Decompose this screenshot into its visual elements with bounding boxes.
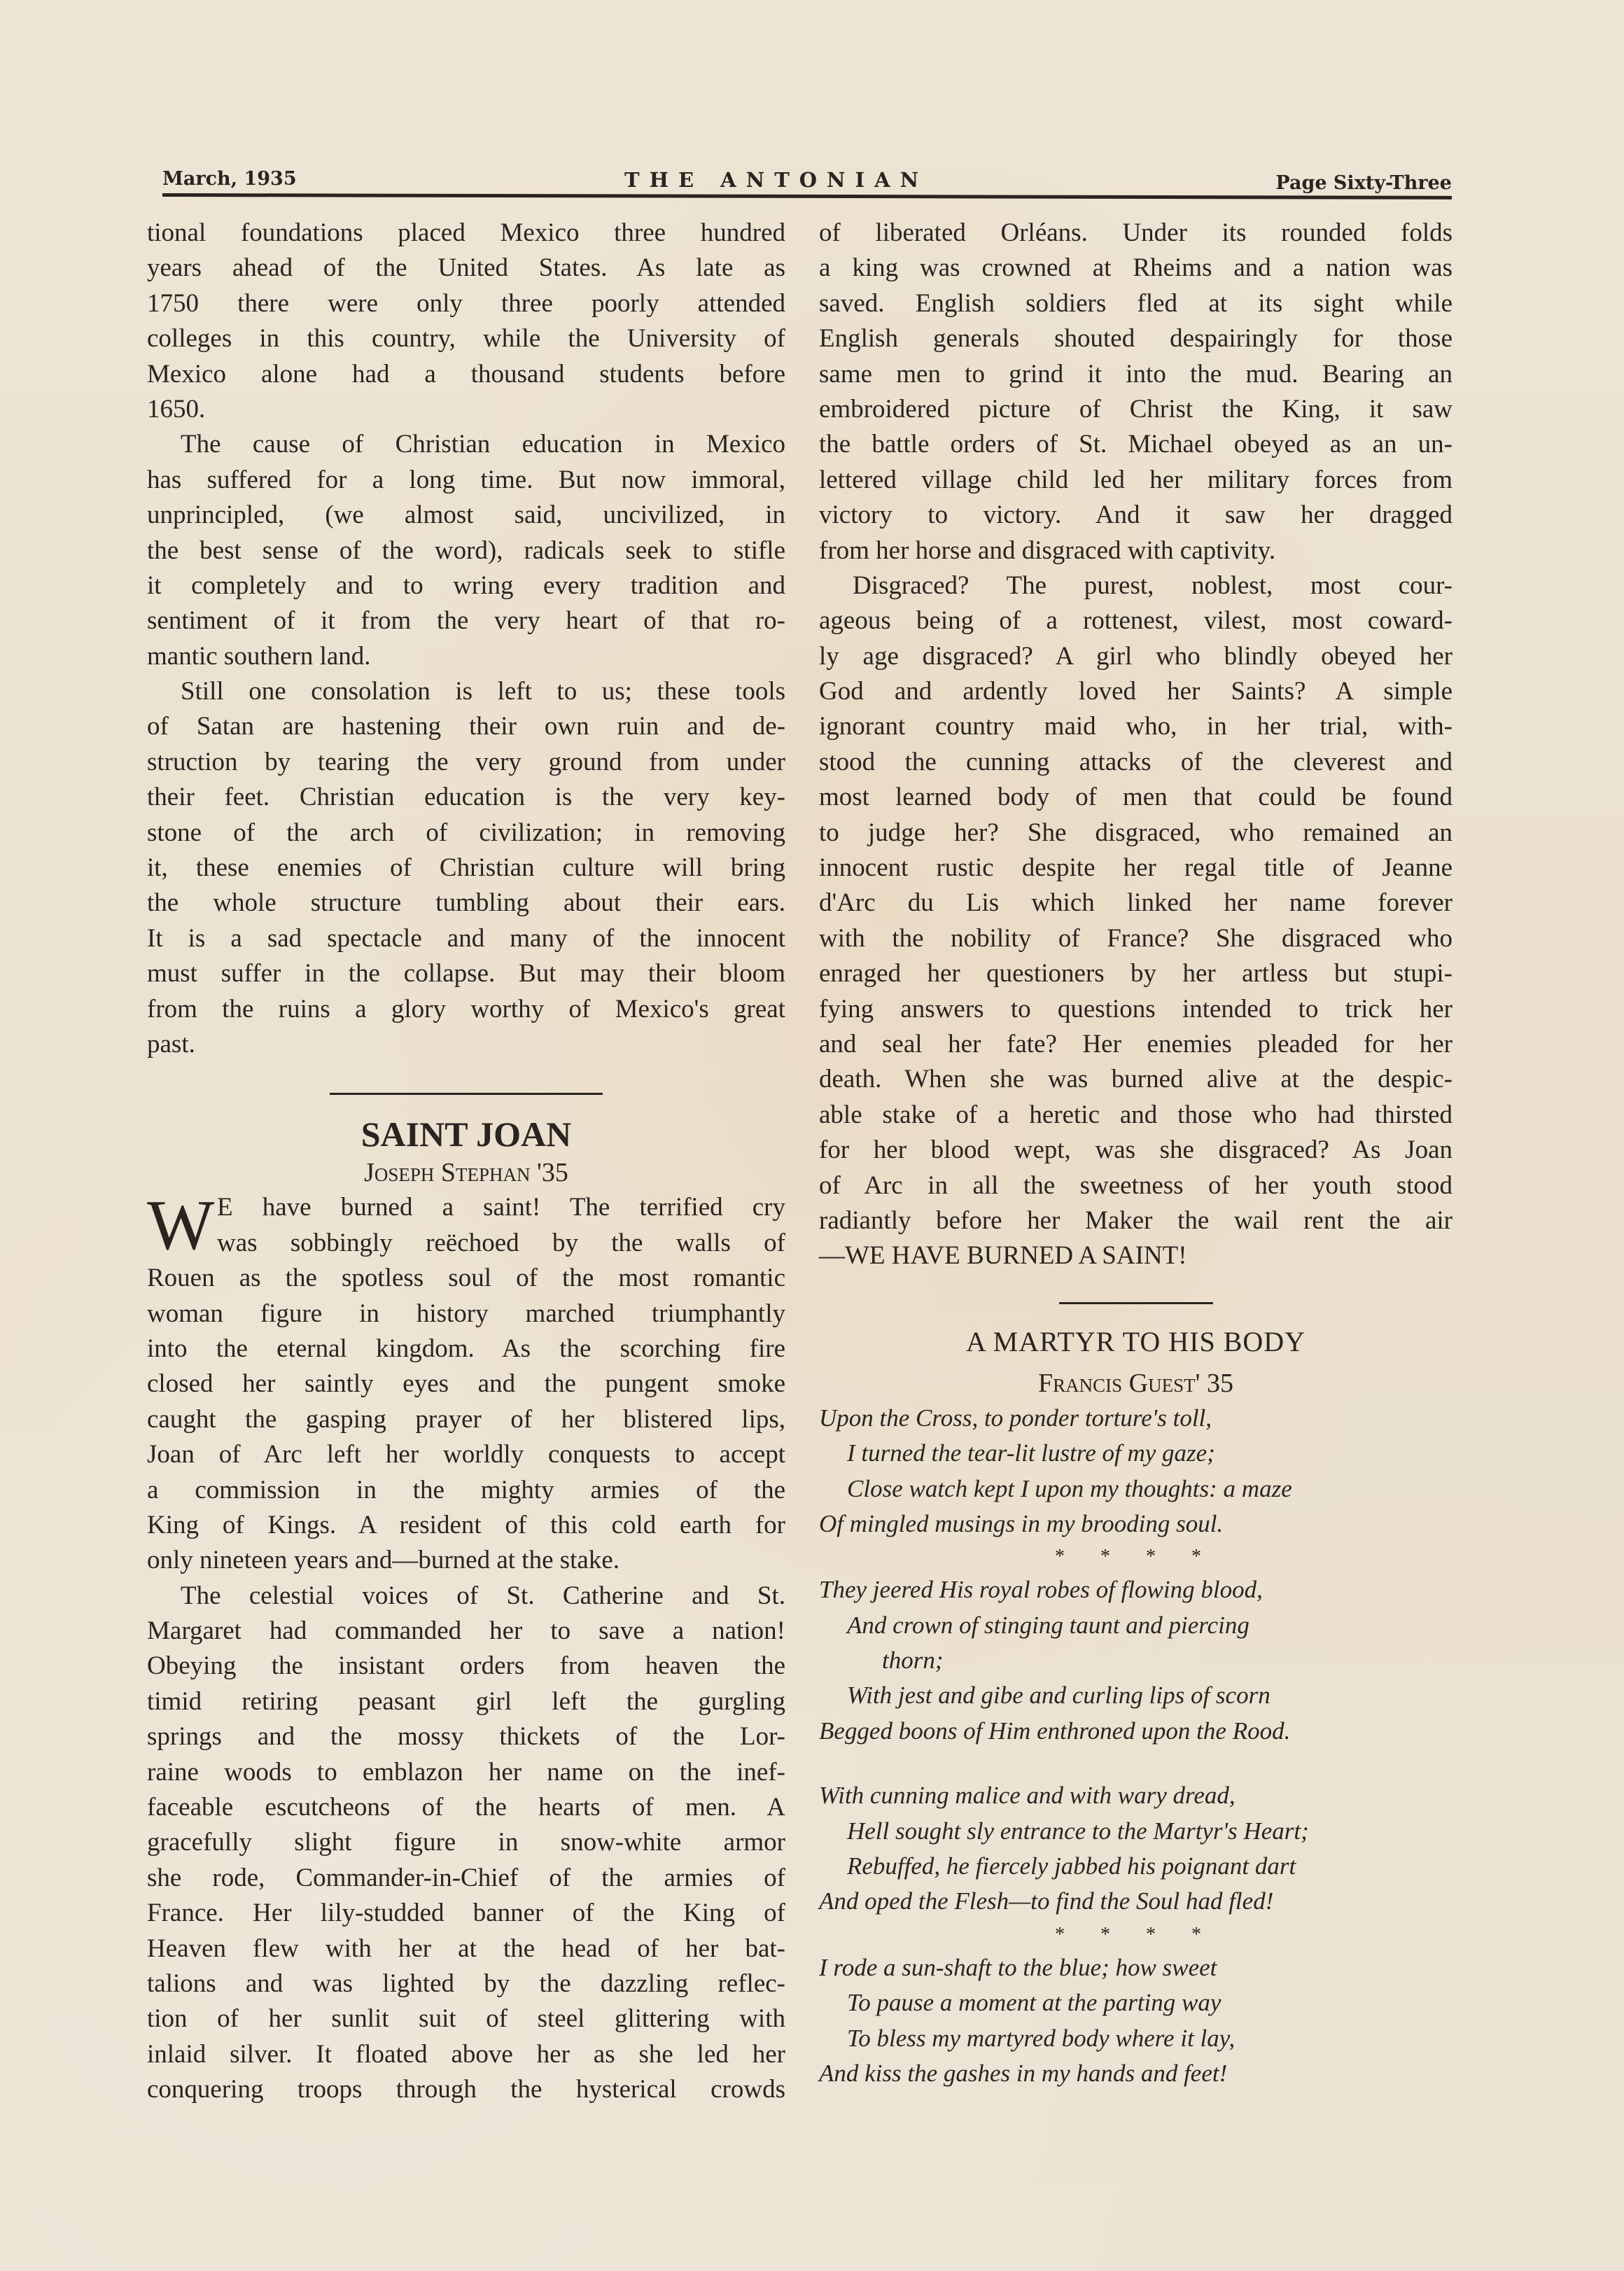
drop-cap-block: W E have burned a saint! The terrified c… [147, 1190, 785, 1261]
text-line: same men to grind it into the mud. Beari… [819, 357, 1452, 392]
text-line: woman figure in history marched triumpha… [147, 1297, 785, 1332]
verse-line: They jeered His royal robes of flowing b… [819, 1572, 1452, 1607]
text-line: enraged her questioners by her artless b… [819, 956, 1452, 991]
right-column: of liberated Orléans. Under its rounded … [819, 216, 1452, 2091]
stanza-3: With cunning malice and with wary dread,… [819, 1778, 1452, 1920]
text-line: gracefully slight figure in snow-white a… [147, 1825, 785, 1860]
text-line: for her blood wept, was she disgraced? A… [819, 1133, 1452, 1168]
text-line: stone of the arch of civilization; in re… [147, 816, 785, 851]
verse-line: I rode a sun-shaft to the blue; how swee… [819, 1950, 1452, 1985]
text-line: saved. English soldiers fled at its sigh… [819, 286, 1452, 321]
text-line: ignorant country maid who, in her trial,… [819, 709, 1452, 744]
paragraph-3: Disgraced? The purest, noblest, most cou… [819, 568, 1452, 1274]
poem-title: A MARTYR TO HIS BODY [819, 1321, 1452, 1363]
paragraph-2: The cause of Christian education in Mexi… [147, 427, 785, 674]
text-line: of liberated Orléans. Under its rounded … [819, 216, 1452, 251]
text-line: sentiment of it from the very heart of t… [147, 603, 785, 638]
verse-line: With cunning malice and with wary dread, [819, 1778, 1452, 1813]
article-title: SAINT JOAN [147, 1113, 785, 1155]
text-line: the battle orders of St. Michael obeyed … [819, 427, 1452, 462]
text-line: struction by tearing the very ground fro… [147, 745, 785, 780]
text-line: It is a sad spectacle and many of the in… [147, 921, 785, 956]
text-line: mantic southern land. [147, 639, 785, 674]
text-line: Joan of Arc left her worldly conquests t… [147, 1437, 785, 1472]
text-line: Still one consolation is left to us; the… [147, 674, 785, 709]
text-line: fying answers to questions intended to t… [819, 992, 1452, 1027]
text-line: to judge her? She disgraced, who remaine… [819, 816, 1452, 851]
text-line: must suffer in the collapse. But may the… [147, 956, 785, 991]
section-divider [330, 1093, 603, 1095]
text-line: raine woods to emblazon her name on the … [147, 1755, 785, 1790]
verse-line: Of mingled musings in my brooding soul. [819, 1507, 1452, 1542]
stanza-1: Upon the Cross, to ponder torture's toll… [819, 1401, 1452, 1542]
text-line: Mexico alone had a thousand students bef… [147, 357, 785, 392]
text-line: was sobbingly reëchoed by the walls of [147, 1226, 785, 1261]
text-line: the whole structure tumbling about their… [147, 886, 785, 921]
text-line: Obeying the insistant orders from heaven… [147, 1649, 785, 1684]
text-line: past. [147, 1027, 785, 1062]
text-line: innocent rustic despite her regal title … [819, 851, 1452, 886]
text-line: she rode, Commander-in-Chief of the armi… [147, 1861, 785, 1896]
text-line: lettered village child led her military … [819, 463, 1452, 498]
verse-line: With jest and gibe and curling lips of s… [819, 1678, 1452, 1713]
left-column: tional foundations placed Mexico three h… [147, 216, 785, 2108]
text-line: faceable escutcheons of the hearts of me… [147, 1790, 785, 1825]
text-line: timid retiring peasant girl left the gur… [147, 1684, 785, 1719]
text-line: into the eternal kingdom. As the scorchi… [147, 1332, 785, 1367]
text-line: it completely and to wring every traditi… [147, 568, 785, 603]
verse-line: Begged boons of Him enthroned upon the R… [819, 1714, 1452, 1749]
text-line: conquering troops through the hysterical… [147, 2072, 785, 2107]
text-line: able stake of a heretic and those who ha… [819, 1098, 1452, 1133]
text-line: talions and was lighted by the dazzling … [147, 1966, 785, 2001]
text-line: of Arc in all the sweetness of her youth… [819, 1168, 1452, 1203]
stanza-separator: * * * * [819, 1542, 1452, 1572]
paragraph-2: The celestial voices of St. Catherine an… [147, 1579, 785, 2108]
poem-byline: Francis Guest' 35 [819, 1366, 1452, 1401]
text-line: The celestial voices of St. Catherine an… [147, 1579, 785, 1614]
article-byline: Joseph Stephan '35 [147, 1155, 785, 1190]
stanza-4: I rode a sun-shaft to the blue; how swee… [819, 1950, 1452, 2092]
text-line: a king was crowned at Rheims and a natio… [819, 251, 1452, 286]
text-line: tion of her sunlit suit of steel glitter… [147, 2001, 785, 2036]
text-line: E have burned a saint! The terrified cry [147, 1190, 785, 1225]
page-number: Page Sixty-Three [1275, 172, 1452, 194]
saint-joan-continued: of liberated Orléans. Under its rounded … [819, 216, 1452, 568]
text-line: victory to victory. And it saw her dragg… [819, 498, 1452, 533]
text-line: Rouen as the spotless soul of the most r… [147, 1261, 785, 1296]
masthead: THE ANTONIAN [624, 168, 928, 192]
text-line: only nineteen years and—burned at the st… [147, 1543, 785, 1578]
paragraph-1: tional foundations placed Mexico three h… [147, 216, 785, 427]
text-line: a commission in the mighty armies of the [147, 1473, 785, 1508]
text-line: with the nobility of France? She disgrac… [819, 921, 1452, 956]
paragraph-3: Still one consolation is left to us; the… [147, 674, 785, 1062]
text-line: caught the gasping prayer of her blister… [147, 1402, 785, 1437]
text-line: of Satan are hastening their own ruin an… [147, 709, 785, 744]
verse-line: Upon the Cross, to ponder torture's toll… [819, 1401, 1452, 1436]
verse-line: I turned the tear-lit lustre of my gaze; [819, 1436, 1452, 1471]
verse-line: Hell sought sly entrance to the Martyr's… [819, 1814, 1452, 1849]
text-line: Margaret had commanded her to save a nat… [147, 1614, 785, 1649]
text-line: their feet. Christian education is the v… [147, 780, 785, 815]
text-line: and seal her fate? Her enemies pleaded f… [819, 1027, 1452, 1062]
verse-line: Rebuffed, he fiercely jabbed his poignan… [819, 1849, 1452, 1884]
text-line: Disgraced? The purest, noblest, most cou… [819, 568, 1452, 603]
verse-line: And oped the Flesh—to find the Soul had … [819, 1884, 1452, 1919]
verse-line: And crown of stinging taunt and piercing [819, 1608, 1452, 1643]
text-line: King of Kings. A resident of this cold e… [147, 1508, 785, 1543]
text-line: it, these enemies of Christian culture w… [147, 851, 785, 886]
text-line: ly age disgraced? A girl who blindly obe… [819, 639, 1452, 674]
text-line: God and ardently loved her Saints? A sim… [819, 674, 1452, 709]
text-line: Heaven flew with her at the head of her … [147, 1931, 785, 1966]
verse-line: thorn; [819, 1643, 1452, 1678]
stanza-gap [819, 1749, 1452, 1778]
text-line: most learned body of men that could be f… [819, 780, 1452, 815]
verse-line: And kiss the gashes in my hands and feet… [819, 2056, 1452, 2091]
paragraph-1: Rouen as the spotless soul of the most r… [147, 1261, 785, 1579]
issue-date: March, 1935 [162, 168, 297, 190]
text-line: France. Her lily-studded banner of the K… [147, 1896, 785, 1931]
saint-joan-article: SAINT JOAN Joseph Stephan '35 W E have b… [147, 1113, 785, 2107]
verse-line: Close watch kept I upon my thoughts: a m… [819, 1472, 1452, 1507]
text-line: from the ruins a glory worthy of Mexico'… [147, 992, 785, 1027]
text-line: springs and the mossy thickets of the Lo… [147, 1719, 785, 1754]
text-line: unprincipled, (we almost said, unciviliz… [147, 498, 785, 533]
text-line: colleges in this country, while the Univ… [147, 321, 785, 356]
stanza-separator: * * * * [819, 1920, 1452, 1950]
text-line: English generals shouted despairingly fo… [819, 321, 1452, 356]
stanza-2: They jeered His royal robes of flowing b… [819, 1572, 1452, 1749]
text-line: 1750 there were only three poorly attend… [147, 286, 785, 321]
text-line: years ahead of the United States. As lat… [147, 251, 785, 286]
poem: A MARTYR TO HIS BODY Francis Guest' 35 U… [819, 1321, 1452, 2092]
text-line: stood the cunning attacks of the clevere… [819, 745, 1452, 780]
text-line: has suffered for a long time. But now im… [147, 463, 785, 498]
drop-cap: W [147, 1194, 214, 1257]
text-line: closed her saintly eyes and the pungent … [147, 1367, 785, 1402]
text-line: d'Arc du Lis which linked her name forev… [819, 886, 1452, 921]
mexico-article-continued: tional foundations placed Mexico three h… [147, 216, 785, 1062]
text-line: radiantly before her Maker the wail rent… [819, 1203, 1452, 1238]
text-line: ageous being of a rottenest, vilest, mos… [819, 603, 1452, 638]
text-line: inlaid silver. It floated above her as s… [147, 2037, 785, 2072]
text-line: death. When she was burned alive at the … [819, 1062, 1452, 1097]
verse-line: To bless my martyred body where it lay, [819, 2021, 1452, 2056]
text-line: embroidered picture of Christ the King, … [819, 392, 1452, 427]
closing-line: —WE HAVE BURNED A SAINT! [819, 1238, 1452, 1273]
text-line: the best sense of the word), radicals se… [147, 533, 785, 568]
text-line: The cause of Christian education in Mexi… [147, 427, 785, 462]
text-line: 1650. [147, 392, 785, 427]
text-line: from her horse and disgraced with captiv… [819, 533, 1452, 568]
text-line: tional foundations placed Mexico three h… [147, 216, 785, 251]
verse-line: To pause a moment at the parting way [819, 1985, 1452, 2020]
section-divider [1059, 1302, 1213, 1304]
